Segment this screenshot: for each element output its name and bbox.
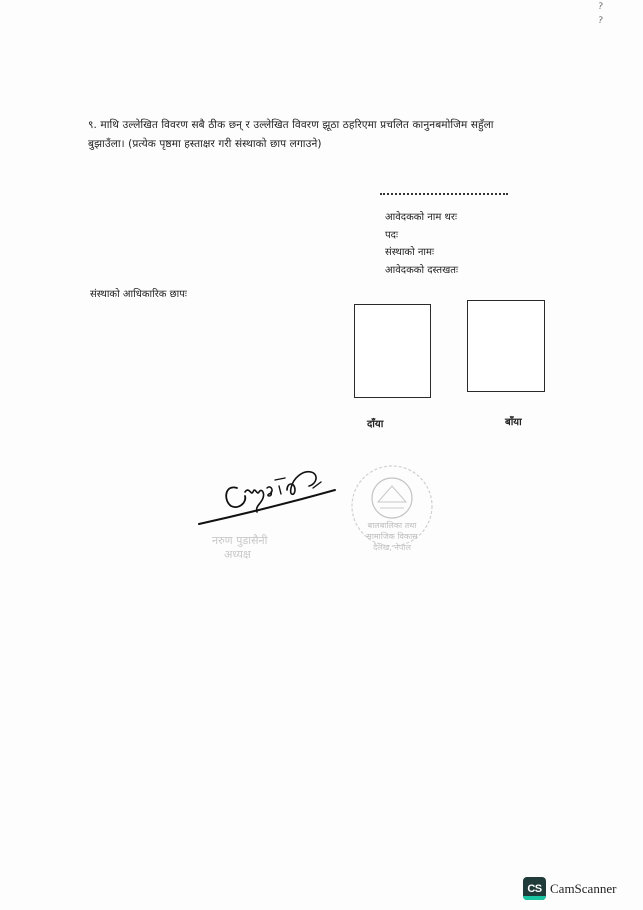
corner-mark: ? xyxy=(598,16,604,27)
handwritten-signature xyxy=(195,462,340,532)
right-thumbprint-box xyxy=(354,304,431,398)
document-page: ? ? ९. माथि उल्लेखित विवरण सबै ठीक छन् र… xyxy=(0,0,643,910)
applicant-fields: आवेदकको नाम थरः पदः संस्थाको नामः आवेदकक… xyxy=(385,209,458,279)
declaration-line-2: बुझाउँला। (प्रत्येक पृष्ठमा हस्ताक्षर गर… xyxy=(88,135,528,154)
organization-seal: बालबालिका तथा सामाजिक विकास दैलेख, नेपाल xyxy=(344,462,440,558)
left-thumb-label: बाँया xyxy=(505,414,522,428)
declaration-line-1: ९. माथि उल्लेखित विवरण सबै ठीक छन् र उल्… xyxy=(88,116,528,135)
applicant-name-field: आवेदकको नाम थरः xyxy=(385,209,458,227)
applicant-signature-line xyxy=(380,193,508,195)
declaration-paragraph: ९. माथि उल्लेखित विवरण सबै ठीक छन् र उल्… xyxy=(88,116,528,154)
applicant-signature-field: आवेदकको दस्तखतः xyxy=(385,262,458,280)
official-stamp-label: संस्थाको आधिकारिक छापः xyxy=(90,286,187,300)
svg-text:दैलेख, नेपाल: दैलेख, नेपाल xyxy=(373,542,411,552)
faded-name-stamp: नरुण पुडासैनी अध्यक्ष xyxy=(212,534,268,562)
camscanner-name: CamScanner xyxy=(550,881,616,897)
corner-mark: ? xyxy=(598,2,604,13)
right-thumb-label: दाँया xyxy=(367,416,383,430)
left-thumbprint-box xyxy=(467,300,545,392)
camscanner-logo-icon: CS xyxy=(523,877,546,900)
organization-name-field: संस्थाको नामः xyxy=(385,244,458,262)
camscanner-watermark: CS CamScanner xyxy=(523,877,616,900)
svg-text:बालबालिका तथा: बालबालिका तथा xyxy=(368,520,418,530)
position-field: पदः xyxy=(385,227,458,245)
svg-text:सामाजिक विकास: सामाजिक विकास xyxy=(366,531,418,541)
